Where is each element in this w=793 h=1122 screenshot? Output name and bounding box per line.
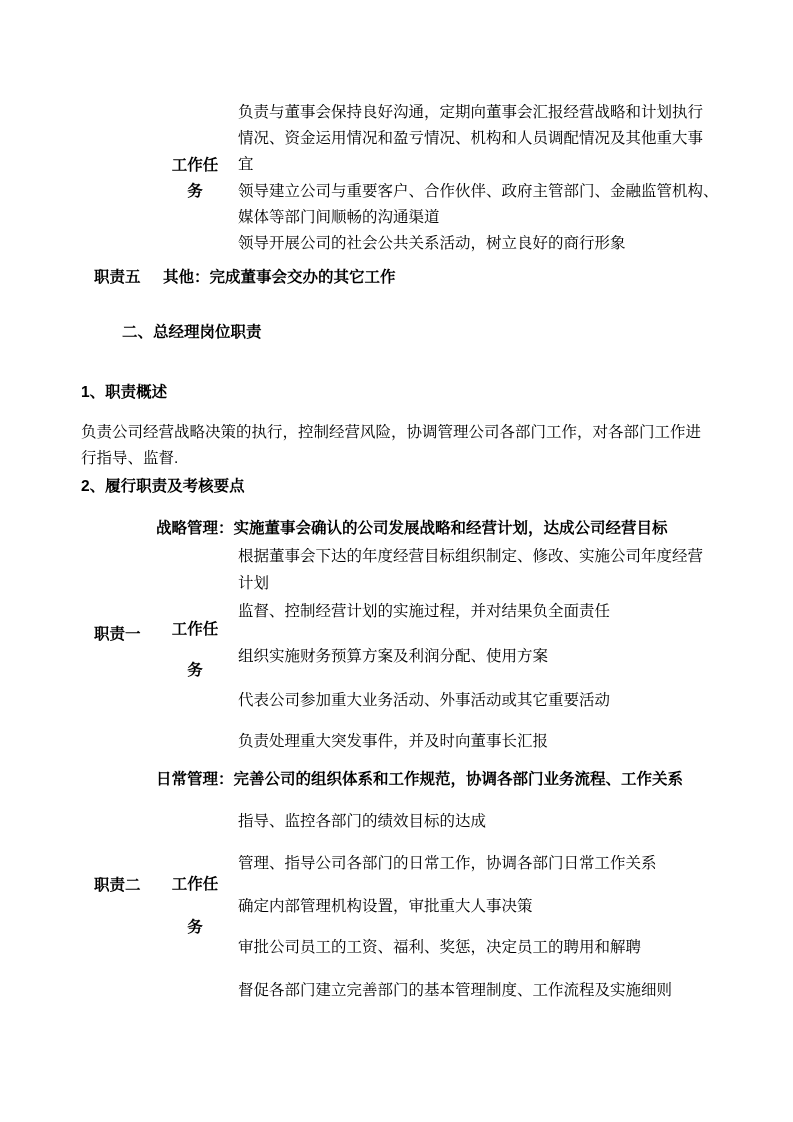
subsection-heading-points: 2、履行职责及考核要点 (81, 474, 245, 500)
section-heading: 二、总经理岗位职责 (122, 320, 262, 346)
duty-category: 日常管理：完善公司的组织体系和工作规范，协调各部门业务流程、工作关系 (156, 767, 683, 793)
task-line: 代表公司参加重大业务活动、外事活动或其它重要活动 (238, 688, 610, 714)
task-group-label: 工作任务 (171, 609, 219, 691)
task-group-label: 工作任务 (171, 153, 219, 205)
task-line: 监督、控制经营计划的实施过程，并对结果负全面责任 (238, 599, 610, 625)
task-line: 领导建立公司与重要客户、合作伙伴、政府主管部门、金融监管机构、 (238, 179, 719, 205)
task-line: 确定内部管理机构设置，审批重大人事决策 (238, 894, 533, 920)
document-page: 工作任务 负责与董事会保持良好沟通，定期向董事会汇报经营战略和计划执行 情况、资… (0, 0, 793, 1122)
task-line: 审批公司员工的工资、福利、奖惩，决定员工的聘用和解聘 (238, 935, 641, 961)
duty-category: 战略管理：实施董事会确认的公司发展战略和经营计划，达成公司经营目标 (156, 516, 668, 542)
task-line: 根据董事会下达的年度经营目标组织制定、修改、实施公司年度经营 (238, 544, 703, 570)
task-line: 督促各部门建立完善部门的基本管理制度、工作流程及实施细则 (238, 978, 672, 1004)
task-line: 计划 (238, 571, 269, 597)
task-group-label: 工作任务 (171, 863, 219, 949)
task-line: 领导开展公司的社会公共关系活动，树立良好的商行形象 (238, 231, 626, 257)
duty-label: 职责一 (94, 622, 141, 648)
task-line: 情况、资金运用情况和盈亏情况、机构和人员调配情况及其他重大事 (238, 126, 703, 152)
task-line: 管理、指导公司各部门的日常工作，协调各部门日常工作关系 (238, 851, 657, 877)
task-line: 负责与董事会保持良好沟通，定期向董事会汇报经营战略和计划执行 (238, 100, 703, 126)
overview-line: 行指导、监督. (81, 446, 178, 472)
task-line: 宜 (238, 152, 254, 178)
overview-line: 负责公司经营战略决策的执行，控制经营风险，协调管理公司各部门工作，对各部门工作进 (81, 420, 701, 446)
duty-label: 职责二 (94, 873, 141, 899)
duty-row-content: 其他：完成董事会交办的其它工作 (163, 265, 396, 291)
task-line: 媒体等部门间顺畅的沟通渠道 (238, 205, 440, 231)
task-line: 指导、监控各部门的绩效目标的达成 (238, 809, 486, 835)
task-line: 负责处理重大突发事件，并及时向董事长汇报 (238, 729, 548, 755)
subsection-heading-overview: 1、职责概述 (81, 380, 167, 406)
duty-row-label: 职责五 (94, 265, 141, 291)
task-line: 组织实施财务预算方案及利润分配、使用方案 (238, 644, 548, 670)
